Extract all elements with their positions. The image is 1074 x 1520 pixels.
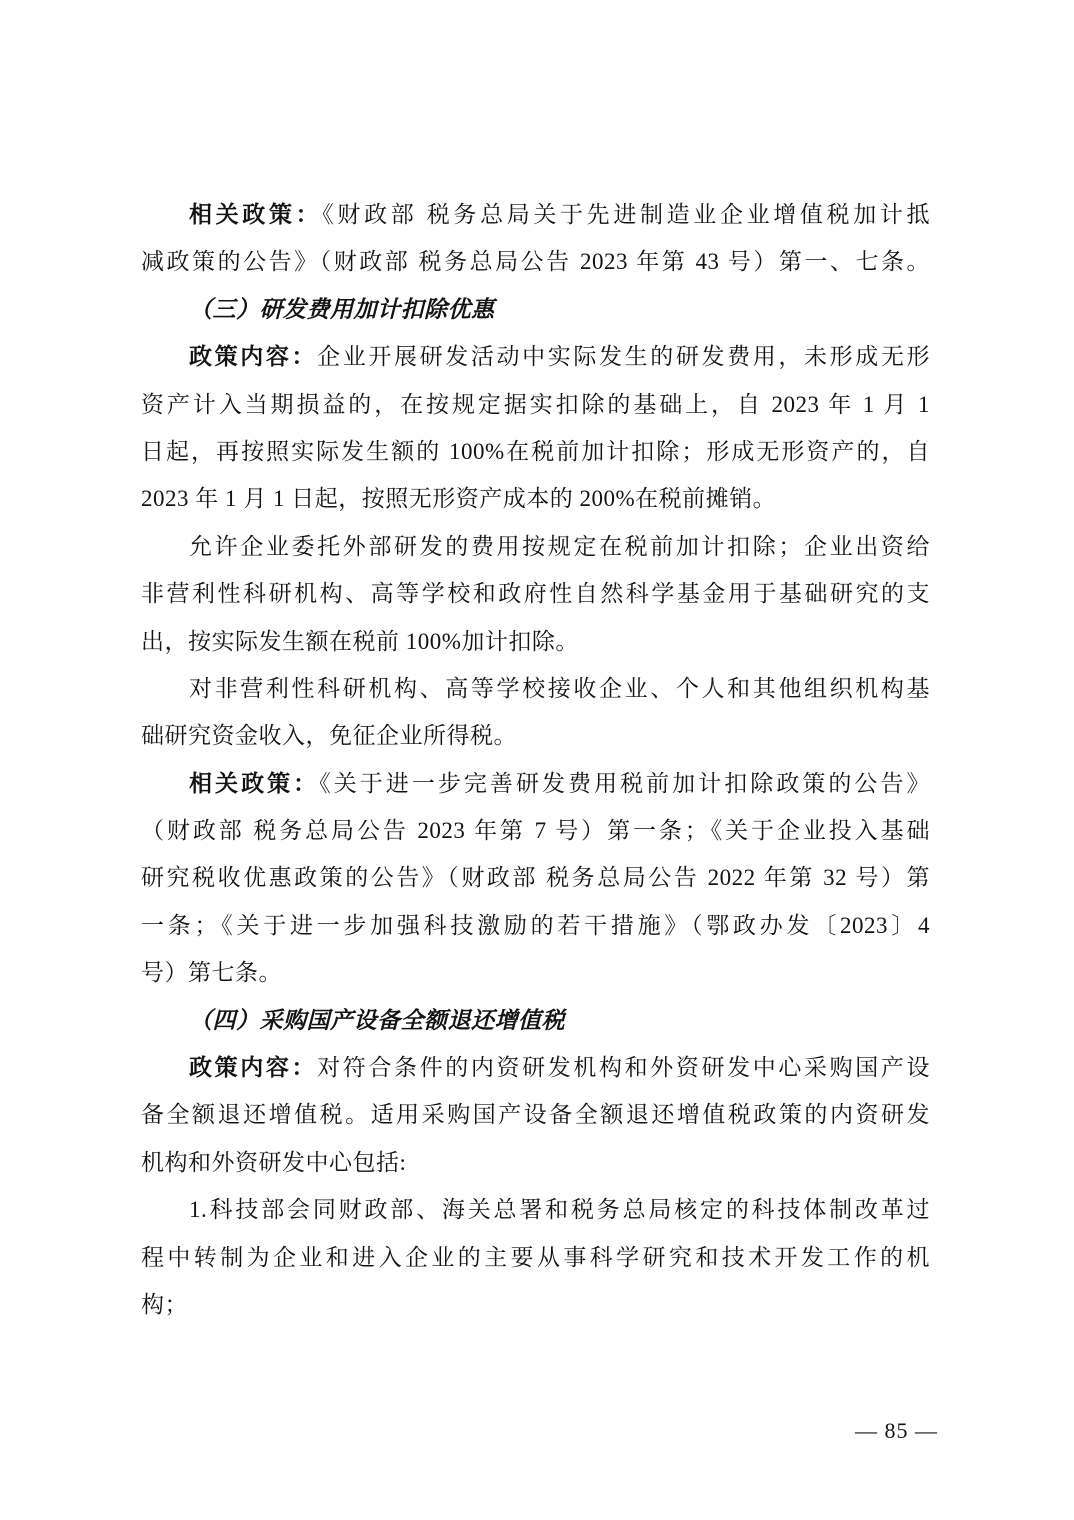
body-text-run: 对符合条件的内资研发机构和外资研发中心采购国产设 bbox=[317, 1055, 930, 1080]
text-line: 政策内容：企业开展研发活动中实际发生的研发费用，未形成无形 bbox=[141, 333, 930, 380]
page-number: — 85 — bbox=[141, 1418, 938, 1444]
text-line: 备全额退还增值税。适用采购国产设备全额退还增值税政策的内资研发 bbox=[141, 1091, 930, 1138]
section-heading-run: （三）研发费用加计扣除优惠 bbox=[189, 297, 495, 322]
body-text-run: （财政部 税务总局公告 2023 年第 7 号）第一条；《关于企业投入基础 bbox=[141, 818, 930, 843]
text-line: 号）第七条。 bbox=[141, 949, 930, 996]
text-line: 础研究资金收入，免征企业所得税。 bbox=[141, 712, 930, 759]
body-text-run: 对非营利性科研机构、高等学校接收企业、个人和其他组织机构基 bbox=[189, 676, 930, 701]
body-text-run: 企业开展研发活动中实际发生的研发费用，未形成无形 bbox=[317, 344, 930, 369]
text-line: （三）研发费用加计扣除优惠 bbox=[141, 286, 930, 333]
bold-label-run: 政策内容： bbox=[189, 1054, 317, 1080]
text-line: 一条；《关于进一步加强科技激励的若干措施》（鄂政办发〔2023〕4 bbox=[141, 902, 930, 949]
body-text-run: 《财政部 税务总局关于先进制造业企业增值税加计抵 bbox=[322, 202, 930, 227]
body-text-run: 允许企业委托外部研发的费用按规定在税前加计扣除；企业出资给 bbox=[189, 534, 930, 559]
text-line: 日起，再按照实际发生额的 100%在税前加计扣除；形成无形资产的，自 bbox=[141, 428, 930, 475]
text-line: 相关政策：《财政部 税务总局关于先进制造业企业增值税加计抵 bbox=[141, 191, 930, 238]
body-text-run: 构； bbox=[141, 1292, 188, 1317]
text-line: 1.科技部会同财政部、海关总署和税务总局核定的科技体制改革过 bbox=[141, 1186, 930, 1233]
text-line: 出，按实际发生额在税前 100%加计扣除。 bbox=[141, 618, 930, 665]
body-text-run: 号）第七条。 bbox=[141, 960, 282, 985]
body-text-run: 《关于进一步完善研发费用税前加计扣除政策的公告》 bbox=[319, 771, 930, 796]
body-text-run: 资产计入当期损益的，在按规定据实扣除的基础上，自 2023 年 1 月 1 bbox=[141, 392, 930, 417]
text-line: 构； bbox=[141, 1281, 930, 1328]
body-text-run: 减政策的公告》（财政部 税务总局公告 2023 年第 43 号）第一、七条。 bbox=[141, 249, 930, 274]
body-text-run: 1.科技部会同财政部、海关总署和税务总局核定的科技体制改革过 bbox=[189, 1197, 930, 1222]
text-line: 程中转制为企业和进入企业的主要从事科学研究和技术开发工作的机 bbox=[141, 1234, 930, 1281]
body-text-run: 备全额退还增值税。适用采购国产设备全额退还增值税政策的内资研发 bbox=[141, 1102, 930, 1127]
document-page: 相关政策：《财政部 税务总局关于先进制造业企业增值税加计抵减政策的公告》（财政部… bbox=[0, 0, 1074, 1520]
body-text-run: 日起，再按照实际发生额的 100%在税前加计扣除；形成无形资产的，自 bbox=[141, 439, 930, 464]
body-text-run: 机构和外资研发中心包括: bbox=[141, 1150, 406, 1175]
text-line: 政策内容：对符合条件的内资研发机构和外资研发中心采购国产设 bbox=[141, 1044, 930, 1091]
bold-label-run: 相关政策： bbox=[189, 770, 319, 796]
body-text-run: 出，按实际发生额在税前 100%加计扣除。 bbox=[141, 629, 579, 654]
text-line: 2023 年 1 月 1 日起，按照无形资产成本的 200%在税前摊销。 bbox=[141, 475, 930, 522]
body-text-run: 础研究资金收入，免征企业所得税。 bbox=[141, 723, 517, 748]
text-line: （四）采购国产设备全额退还增值税 bbox=[141, 997, 930, 1044]
text-line: （财政部 税务总局公告 2023 年第 7 号）第一条；《关于企业投入基础 bbox=[141, 807, 930, 854]
text-line: 资产计入当期损益的，在按规定据实扣除的基础上，自 2023 年 1 月 1 bbox=[141, 381, 930, 428]
text-line: 对非营利性科研机构、高等学校接收企业、个人和其他组织机构基 bbox=[141, 665, 930, 712]
body-text-run: 非营利性科研机构、高等学校和政府性自然科学基金用于基础研究的支 bbox=[141, 581, 930, 606]
text-line: 减政策的公告》（财政部 税务总局公告 2023 年第 43 号）第一、七条。 bbox=[141, 238, 930, 285]
body-text-run: 一条；《关于进一步加强科技激励的若干措施》（鄂政办发〔2023〕4 bbox=[141, 913, 930, 938]
section-heading-run: （四）采购国产设备全额退还增值税 bbox=[189, 1008, 565, 1033]
body-text-run: 2023 年 1 月 1 日起，按照无形资产成本的 200%在税前摊销。 bbox=[141, 486, 776, 511]
document-content: 相关政策：《财政部 税务总局关于先进制造业企业增值税加计抵减政策的公告》（财政部… bbox=[141, 191, 930, 1328]
bold-label-run: 相关政策： bbox=[189, 201, 322, 227]
text-line: 研究税收优惠政策的公告》（财政部 税务总局公告 2022 年第 32 号）第 bbox=[141, 854, 930, 901]
body-text-run: 程中转制为企业和进入企业的主要从事科学研究和技术开发工作的机 bbox=[141, 1245, 930, 1270]
text-line: 非营利性科研机构、高等学校和政府性自然科学基金用于基础研究的支 bbox=[141, 570, 930, 617]
text-line: 机构和外资研发中心包括: bbox=[141, 1139, 930, 1186]
text-line: 相关政策：《关于进一步完善研发费用税前加计扣除政策的公告》 bbox=[141, 760, 930, 807]
body-text-run: 研究税收优惠政策的公告》（财政部 税务总局公告 2022 年第 32 号）第 bbox=[141, 865, 930, 890]
text-line: 允许企业委托外部研发的费用按规定在税前加计扣除；企业出资给 bbox=[141, 523, 930, 570]
bold-label-run: 政策内容： bbox=[189, 343, 317, 369]
